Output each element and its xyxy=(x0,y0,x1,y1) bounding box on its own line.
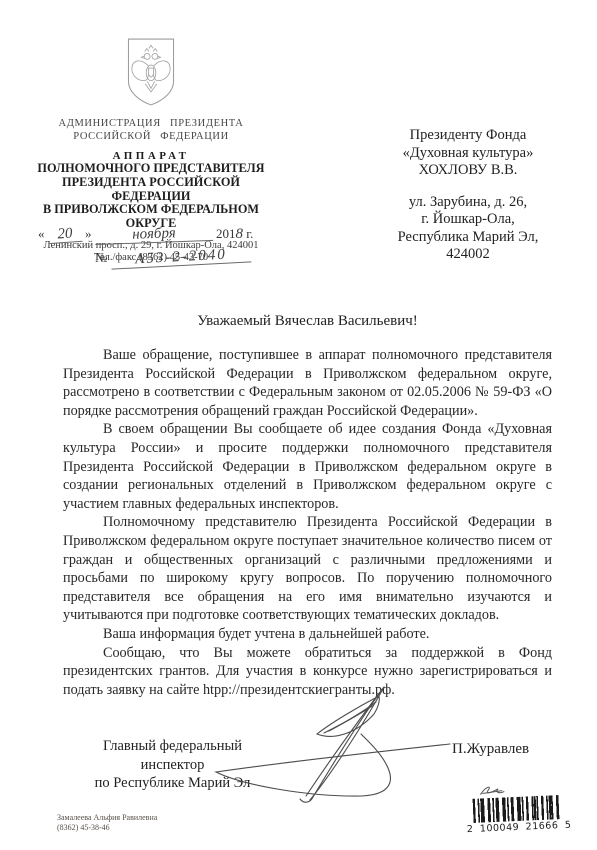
date-year-printed: 201 xyxy=(216,226,236,241)
addressee-line: Президенту Фонда xyxy=(380,127,556,145)
letterhead-org-line-3: ПРЕЗИДЕНТА РОССИЙСКОЙ ФЕДЕРАЦИИ xyxy=(27,176,275,204)
letter-body: Ваше обращение, поступившее в аппарат по… xyxy=(63,346,552,699)
date-year-handwritten: 8 xyxy=(236,226,244,242)
initials-scribble-icon xyxy=(477,783,508,797)
date-month-handwritten: ноября xyxy=(94,224,213,245)
number-label: № xyxy=(95,250,107,265)
executor-name: Замалеева Альфия Равилевна xyxy=(57,813,157,823)
addressee-address-line: ул. Зарубина, д. 26, xyxy=(380,194,556,212)
paragraph: Ваше обращение, поступившее в аппарат по… xyxy=(63,346,552,420)
signer-position-line-1: Главный федеральный инспектор xyxy=(70,737,275,774)
salutation: Уважаемый Вячеслав Васильевич! xyxy=(63,313,552,330)
executor-phone: (8362) 45-38-46 xyxy=(57,823,157,833)
date-line: « 20 » ноября 2018 г. xyxy=(38,226,288,243)
paragraph: В своем обращении Вы сообщаете об идее с… xyxy=(63,420,552,513)
addressee-address-line: г. Йошкар-Ола, xyxy=(380,211,556,229)
executor-block: Замалеева Альфия Равилевна (8362) 45-38-… xyxy=(57,813,157,832)
addressee-address-line: 424002 xyxy=(380,246,556,264)
addressee-block: Президенту Фонда «Духовная культура» ХОХ… xyxy=(380,127,556,264)
outgoing-number-handwritten: А53-2-2040 xyxy=(110,245,251,269)
barcode-bars xyxy=(473,795,560,823)
letterhead-org-line-2: ПОЛНОМОЧНОГО ПРЕДСТАВИТЕЛЯ xyxy=(27,162,275,176)
addressee-line: «Духовная культура» xyxy=(380,145,556,163)
outgoing-number-line: № А53-2-2040 xyxy=(95,249,295,266)
coat-of-arms-icon xyxy=(125,36,177,108)
paragraph: Сообщаю, что Вы можете обратиться за под… xyxy=(63,644,552,700)
date-day-handwritten: 20 xyxy=(47,225,82,244)
paragraph: Ваша информация будет учтена в дальнейше… xyxy=(63,625,552,644)
date-quote-close: » xyxy=(85,226,92,241)
signer-name: П.Журавлев xyxy=(452,741,529,758)
date-year-suffix: г. xyxy=(246,226,253,241)
signer-position: Главный федеральный инспектор по Республ… xyxy=(70,737,275,793)
barcode: 2 100049 21666 5 xyxy=(465,781,567,835)
addressee-line: ХОХЛОВУ В.В. xyxy=(380,162,556,180)
date-quote-open: « xyxy=(38,226,45,241)
signer-position-line-2: по Республике Марий Эл xyxy=(70,774,275,793)
letterhead-admin-line-2: РОССИЙСКОЙ ФЕДЕРАЦИИ xyxy=(27,130,275,143)
scanned-letter-page: АДМИНИСТРАЦИЯ ПРЕЗИДЕНТА РОССИЙСКОЙ ФЕДЕ… xyxy=(0,0,597,850)
addressee-address-line: Республика Марий Эл, xyxy=(380,229,556,247)
paragraph: Полномочному представителю Президента Ро… xyxy=(63,513,552,625)
letterhead-admin-line-1: АДМИНИСТРАЦИЯ ПРЕЗИДЕНТА xyxy=(27,117,275,130)
